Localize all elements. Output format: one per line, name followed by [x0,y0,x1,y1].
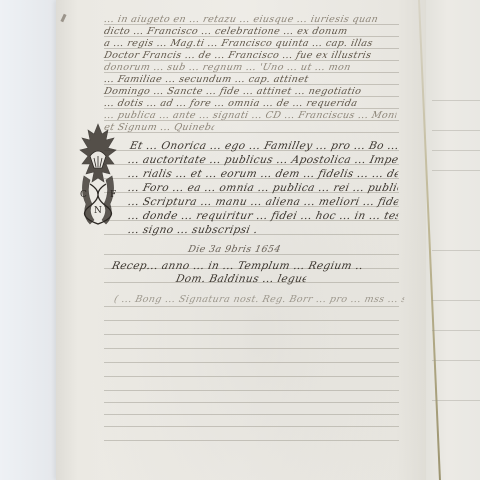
facing-page-ruling-line [432,150,480,151]
ruling-line [104,390,399,391]
ruling-line [104,376,399,377]
ruling-line [104,426,399,427]
text-line: ... Familiae ... secundum ... cap. attin… [103,74,398,86]
text-line: ... dotis ... ad ... fore ... omnia ... … [103,98,398,110]
text-line: ... auctoritate ... publicus ... Apostol… [127,154,400,166]
text-line: ... rialis ... et ... eorum ... dem ... … [127,168,400,180]
ruling-line [104,306,399,307]
ruling-line [104,320,399,321]
text-line: Et ... Onorica ... ego ... Familley ... … [129,140,400,152]
facing-page-ruling-line [432,250,480,251]
emblem-letter-f: F [110,190,116,200]
ruling-line [104,334,399,335]
text-line: ... publica ... ante ... signati ... CD … [103,110,398,122]
ruling-line [104,414,399,415]
facing-page-ruling-line [432,330,480,331]
emblem-letter-n: N [94,206,102,216]
facing-page-ruling-line [432,130,480,131]
text-line: Doctor Francis ... de ... Francisco ... … [103,50,398,62]
closing-line: Dom. Baldinus ... legues [175,273,308,285]
ruling-line [104,440,399,441]
text-line: dicto ... Francisco ... celebratione ...… [103,26,398,38]
facing-page-ruling-line [432,400,480,401]
closing-line: Recep... anno ... in ... Templum ... Reg… [111,260,364,272]
text-line: donorum ... sub ... regnum ... 'Uno ... … [103,62,398,74]
text-line: a ... regis ... Mag.ti ... Francisco qui… [103,38,398,50]
facing-page-ruling-line [432,300,480,301]
ruling-line [104,348,399,349]
facing-page-ruling-line [432,100,480,101]
emblem-letter-c: C [80,190,87,200]
ruling-line [104,402,399,403]
footer-note: ( ... Bong ... Signatura nost. Reg. Borr… [113,294,406,306]
notary-sign-emblem: C N F [74,120,122,230]
background-left [0,0,58,480]
text-line: ... Foro ... ea ... omnia ... publica ..… [127,182,400,194]
text-line: ... Scriptura ... manu ... aliena ... me… [127,196,400,208]
facing-page [426,0,480,480]
text-line: ... signo ... subscripsi ... et ... subs… [127,224,260,236]
date-line: Die 3a 9bris 1654 [187,244,310,256]
facing-page-ruling-line [432,360,480,361]
text-line: ... in aiugeto en ... retazu ... eiusque… [103,14,398,26]
text-line: ... donde ... requiritur ... fidei ... h… [127,210,400,222]
facing-page-ruling-line [432,170,480,171]
ruling-line [104,362,399,363]
text-line: Domingo ... Sancte ... fide ... attinet … [103,86,398,98]
